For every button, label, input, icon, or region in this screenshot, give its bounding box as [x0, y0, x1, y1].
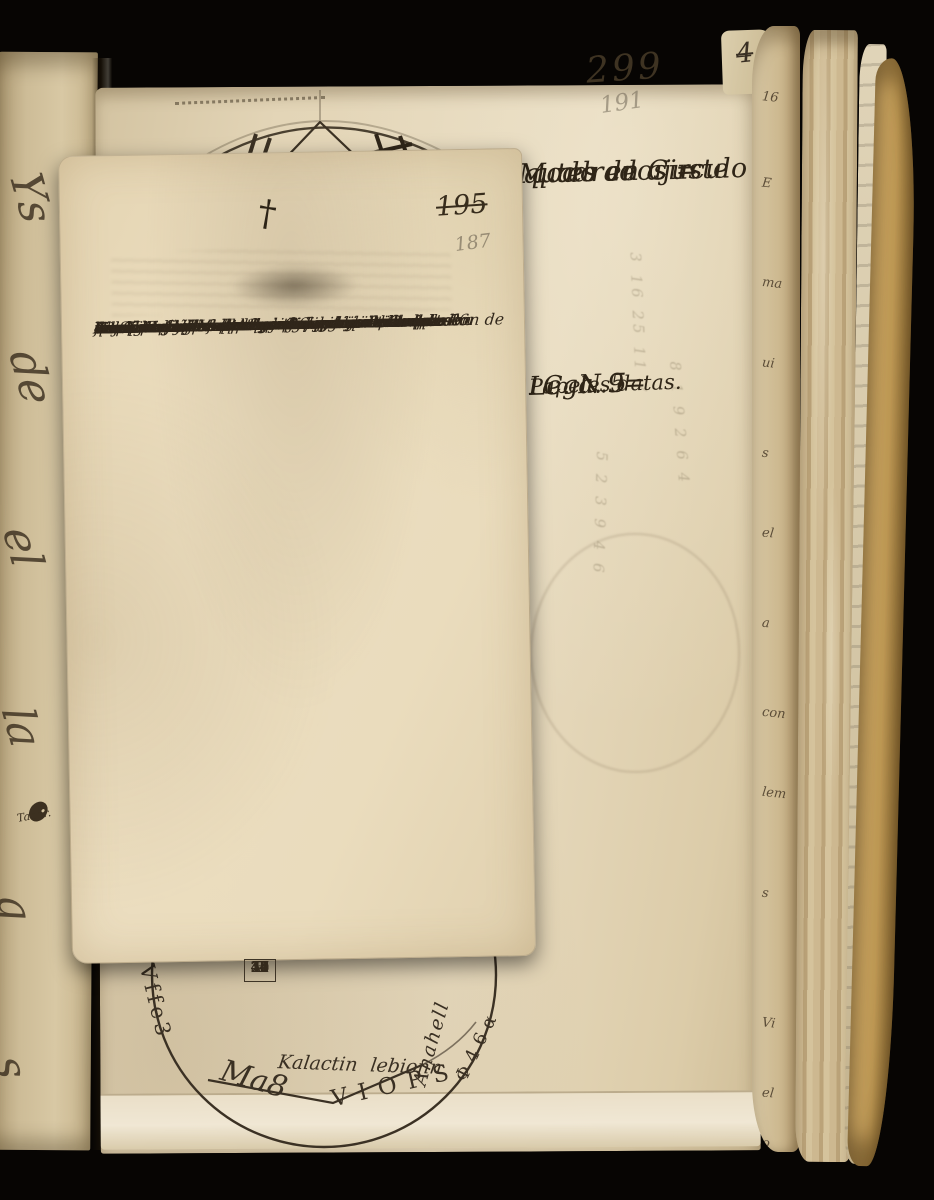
marginalia-fragment: la [0, 705, 52, 751]
overlaid-letter: † 195 187 El p.e P.or de S.n Aug.n me es… [58, 148, 536, 964]
edge-fragment: con [761, 705, 786, 722]
cross-mark-icon: † [255, 192, 279, 235]
archive-annotation-line: Papeles datas. [528, 355, 682, 414]
marginalia-fragment: s [0, 1053, 39, 1082]
marginalia-fragment: q [0, 890, 43, 924]
edge-fragment: 16 [761, 89, 779, 106]
header-annotation-line: quadrados = [522, 147, 699, 198]
letter-number-pencil: 187 [453, 230, 492, 256]
letter-number-struck: 195 [435, 188, 489, 223]
marginalia-fragment: el [0, 525, 53, 570]
edge-fragment: el [761, 525, 774, 541]
letter-line: 42 años. [93, 312, 164, 345]
marginalia-fragment: Ys [0, 169, 63, 226]
corner-number-struck: 4 [734, 37, 754, 70]
edge-fragment: E [761, 176, 772, 192]
fore-edge-page-fragments: 16 E ma ui s el a con lem s Vi el o [752, 26, 800, 1152]
edge-fragment: lem [761, 785, 787, 802]
edge-fragment: o [761, 1136, 770, 1152]
bleedthrough-circle [530, 532, 741, 773]
edge-fragment: s [761, 886, 769, 902]
edge-fragment: el [761, 1085, 774, 1101]
folio-number-ink: 299 [585, 45, 665, 91]
edge-fragment: s [761, 446, 769, 462]
edge-fragment: ui [761, 355, 775, 371]
edge-fragment: ma [761, 275, 783, 292]
manuscript-photo: Ys de el la q s ⚈ Tabor. 3 16 25 11 7 8 … [0, 0, 934, 1200]
marginalia-fragment: de [0, 348, 63, 407]
edge-fragment: Vi [761, 1015, 776, 1031]
edge-fragment: a [761, 616, 770, 632]
